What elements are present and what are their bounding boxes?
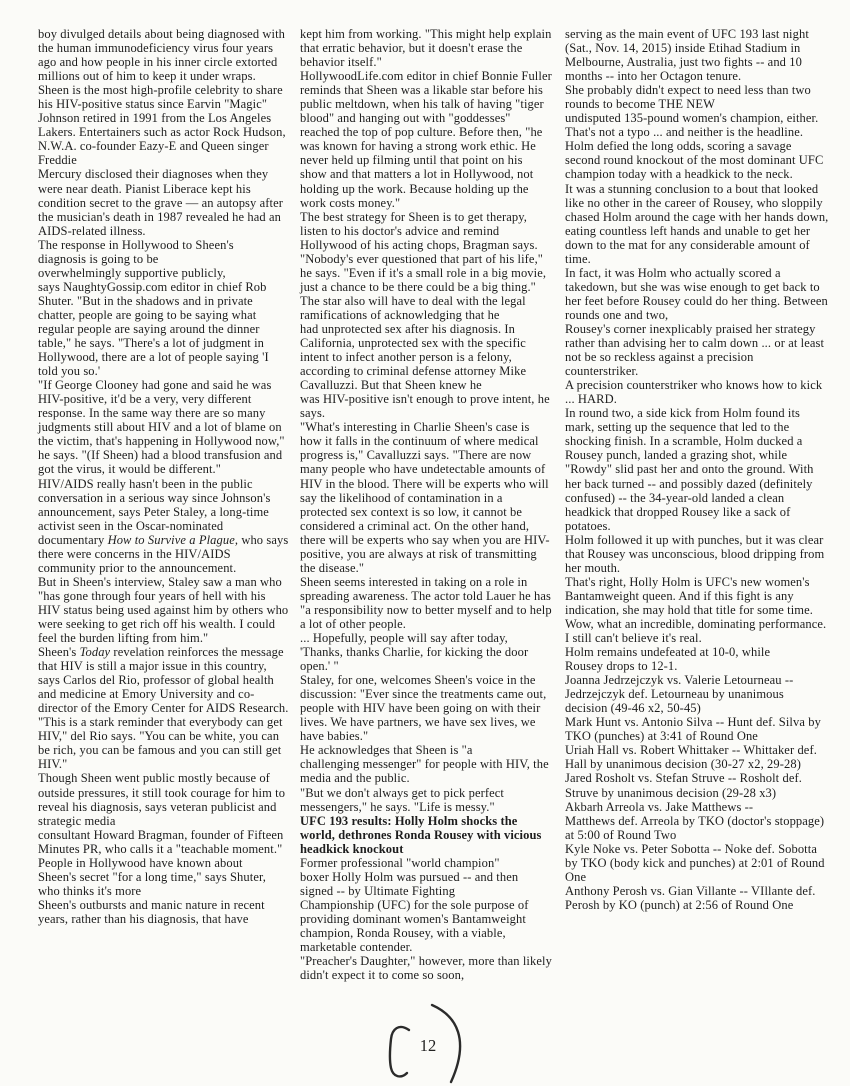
paragraph: She probably didn't expect to need less … — [565, 83, 829, 181]
paragraph: Sheen seems interested in taking on a ro… — [300, 575, 552, 631]
paragraph: Uriah Hall vs. Robert Whittaker -- Whitt… — [565, 743, 829, 771]
paragraph: Sheen is the most high-profile celebrity… — [38, 83, 290, 238]
paragraph: The best strategy for Sheen is to get th… — [300, 210, 552, 294]
paragraph: In round two, a side kick from Holm foun… — [565, 406, 829, 532]
paragraph: The response in Hollywood to Sheen's dia… — [38, 238, 290, 378]
paragraph: Staley, for one, welcomes Sheen's voice … — [300, 673, 552, 743]
paragraph: People in Hollywood have known about She… — [38, 856, 290, 926]
paragraph: "But we don't always get to pick perfect… — [300, 786, 552, 814]
paragraph: "What's interesting in Charlie Sheen's c… — [300, 420, 552, 575]
document-page: boy divulged details about being diagnos… — [0, 0, 850, 1086]
paragraph: "This is a stark reminder that everybody… — [38, 715, 290, 771]
paragraph: "Preacher's Daughter," however, more tha… — [300, 954, 552, 982]
paragraph: HIV/AIDS really hasn't been in the publi… — [38, 477, 290, 575]
text-column-right: serving as the main event of UFC 193 las… — [565, 27, 829, 912]
paragraph: boy divulged details about being diagnos… — [38, 27, 290, 83]
paragraph: In fact, it was Holm who actually scored… — [565, 266, 829, 378]
paragraph: UFC 193 results: Holly Holm shocks the w… — [300, 814, 552, 856]
paragraph: HollywoodLife.com editor in chief Bonnie… — [300, 69, 552, 209]
paragraph: That's right, Holly Holm is UFC's new wo… — [565, 575, 829, 645]
paragraph: But in Sheen's interview, Staley saw a m… — [38, 575, 290, 645]
paragraph: He acknowledges that Sheen is "a challen… — [300, 743, 552, 785]
paragraph: The star also will have to deal with the… — [300, 294, 552, 420]
paragraph: kept him from working. "This might help … — [300, 27, 552, 69]
paragraph: A precision counterstriker who knows how… — [565, 378, 829, 406]
paragraph: ... Hopefully, people will say after tod… — [300, 631, 552, 673]
text-column-middle: kept him from working. "This might help … — [300, 27, 552, 982]
paragraph: "If George Clooney had gone and said he … — [38, 378, 290, 476]
paragraph: Joanna Jedrzejczyk vs. Valerie Letournea… — [565, 673, 829, 715]
paragraph: Kyle Noke vs. Peter Sobotta -- Noke def.… — [565, 842, 829, 884]
paragraph: Though Sheen went public mostly because … — [38, 771, 290, 855]
paragraph: Sheen's Today revelation reinforces the … — [38, 645, 290, 715]
paragraph: serving as the main event of UFC 193 las… — [565, 27, 829, 83]
paragraph: Jared Rosholt vs. Stefan Struve -- Rosho… — [565, 771, 829, 799]
paragraph: Holm followed it up with punches, but it… — [565, 533, 829, 575]
paragraph: Anthony Perosh vs. Gian Villante -- VIll… — [565, 884, 829, 912]
handwritten-paren-right-icon — [426, 1000, 474, 1086]
paragraph: Akbarh Arreola vs. Jake Matthews -- Matt… — [565, 800, 829, 842]
paragraph: It was a stunning conclusion to a bout t… — [565, 182, 829, 266]
paragraph: Holm remains undefeated at 10-0, while R… — [565, 645, 829, 673]
text-column-left: boy divulged details about being diagnos… — [38, 27, 290, 926]
paragraph: Former professional "world champion" box… — [300, 856, 552, 954]
paragraph: Mark Hunt vs. Antonio Silva -- Hunt def.… — [565, 715, 829, 743]
